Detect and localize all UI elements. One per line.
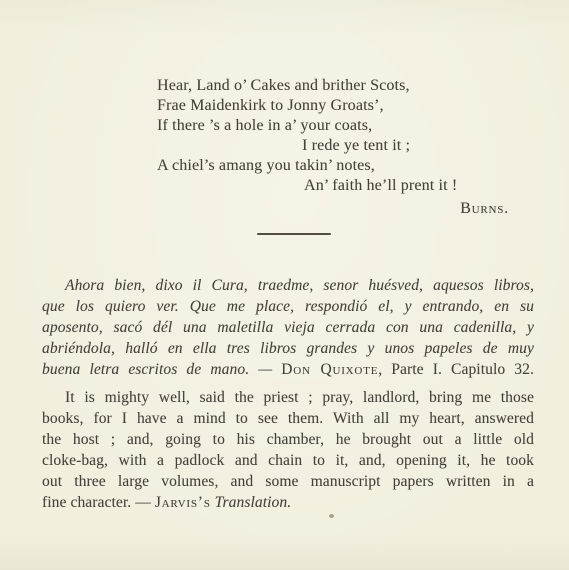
english-quote-line: books, for I have a mind to see them. Wi…: [42, 408, 534, 429]
english-quote-line: cloke-bag, with a padlock and chain to i…: [42, 450, 534, 471]
poem-epigraph: Hear, Land o’ Cakes and brither Scots, F…: [157, 76, 513, 219]
spanish-quote-line: aposento, sacó dél una maletilla vieja c…: [42, 317, 534, 338]
spanish-quote-line: abriéndola, halló en ella tres libros gr…: [42, 338, 534, 359]
poem-line: If there ’s a hole in a’ your coats,: [157, 116, 513, 136]
spanish-quote-last-line: buena letra escritos de mano. — Don Quix…: [42, 359, 534, 380]
poem-line: I rede ye tent it ;: [157, 136, 513, 156]
english-quote-line: It is mighty well, said the priest ; pra…: [42, 387, 534, 408]
spanish-quote-line: que los quiero ver. Que me place, respon…: [42, 296, 534, 317]
english-quote-last-line: fine character. — Jarvis’s Translation.: [42, 492, 534, 513]
paper-speck: [329, 514, 334, 518]
english-quote-line: out three large volumes, and some manusc…: [42, 471, 534, 492]
poem-line: Frae Maidenkirk to Jonny Groats’,: [157, 96, 513, 116]
english-quote-source-work: Translation.: [211, 494, 292, 511]
spanish-quote-source-name: Don Quixote: [281, 361, 378, 378]
english-quote-source-name: Jarvis’s: [155, 494, 211, 511]
section-divider-rule: [257, 233, 331, 235]
poem-attribution: Burns.: [157, 199, 513, 219]
spanish-quote-line: Ahora bien, dixo il Cura, traedme, senor…: [42, 275, 534, 296]
book-page: Hear, Land o’ Cakes and brither Scots, F…: [0, 0, 569, 570]
spanish-quote: Ahora bien, dixo il Cura, traedme, senor…: [42, 275, 534, 380]
english-quote: It is mighty well, said the priest ; pra…: [42, 387, 534, 513]
poem-line: Hear, Land o’ Cakes and brither Scots,: [157, 76, 513, 96]
poem-line: A chiel’s amang you takin’ notes,: [157, 156, 513, 176]
poem-attribution-name: Burns.: [460, 200, 509, 217]
english-quote-line: the host ; and, going to his chamber, he…: [42, 429, 534, 450]
spanish-quote-source-detail: , Parte I. Capitulo 32.: [378, 361, 534, 378]
english-quote-closing-text: fine character. —: [42, 494, 155, 511]
spanish-quote-closing-text: buena letra escritos de mano. —: [42, 361, 281, 378]
poem-line: An’ faith he’ll prent it !: [157, 176, 513, 196]
